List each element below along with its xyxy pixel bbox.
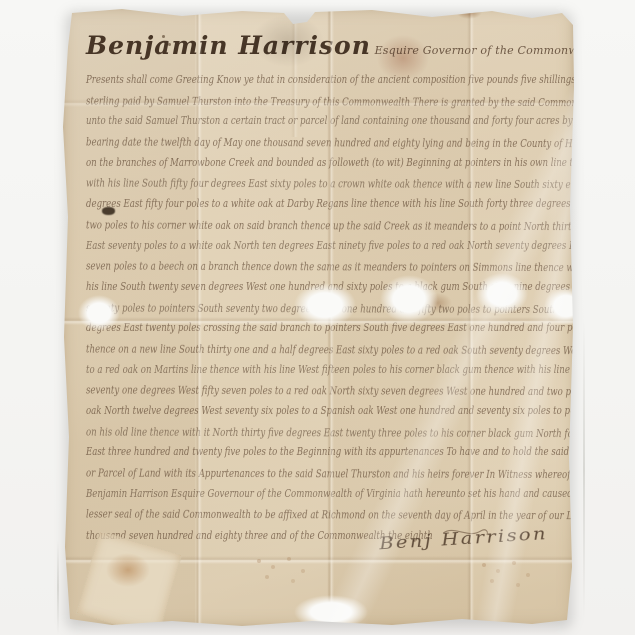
document-body: Presents shall come Greeting Know ye tha…: [86, 70, 560, 546]
text-line: lesser seal of the said Commonwealth to …: [86, 505, 456, 527]
text-line: thence on a new line South thirty one an…: [86, 339, 456, 361]
text-line: East seventy poles to a white oak North …: [86, 236, 456, 257]
text-line: oak North twelve degrees West seventy si…: [86, 401, 456, 422]
headline-continuation: Esquire Governor of the Commonwealth of …: [371, 44, 635, 57]
text-line: seventy one degrees West fifty seven pol…: [86, 381, 456, 403]
text-line: seven poles to a beech on a branch thenc…: [86, 257, 456, 279]
text-line: or Parcel of Land with its Appurtenances…: [86, 464, 456, 486]
text-line: East three hundred and twenty five poles…: [86, 442, 456, 463]
text-line: on the branches of Marrowbone Creek and …: [86, 153, 456, 174]
grantor-name: Benjamin Harrison: [86, 31, 371, 60]
land-grant-document: Benjamin Harrison Esquire Governor of th…: [62, 7, 574, 627]
text-line: degrees East twenty poles crossing the s…: [86, 318, 456, 339]
text-line: seventy poles to pointers South seventy …: [86, 298, 456, 320]
text-line: degrees East fifty four poles to a white…: [86, 194, 456, 215]
sleeve-edge: [583, 320, 585, 620]
sleeve-edge: [57, 540, 59, 635]
text-line: his line South twenty seven degrees West…: [86, 277, 456, 298]
dark-speck: [168, 43, 171, 46]
text-line: sterling paid by Samuel Thurston into th…: [86, 91, 456, 113]
text-line: with his line South fifty four degrees E…: [86, 174, 456, 196]
dark-speck: [162, 35, 165, 38]
text-line: Benjamin Harrison Esquire Governour of t…: [86, 484, 456, 505]
foxing-spots: [482, 563, 486, 567]
text-line: two poles to his corner white oak on sai…: [86, 215, 456, 237]
seal-wax-stain: [106, 553, 150, 587]
text-line: unto the said Samuel Thurston a certain …: [86, 111, 456, 132]
text-line: bearing date the twelfth day of May one …: [86, 133, 456, 155]
foxing-spots: [257, 559, 261, 563]
seal-remnant: [72, 547, 190, 623]
photograph-background: Benjamin Harrison Esquire Governor of th…: [0, 0, 635, 635]
text-line: on his old line thence with it North thi…: [86, 422, 456, 444]
document-headline: Benjamin Harrison Esquire Governor of th…: [86, 31, 560, 67]
text-line: to a red oak on Martins line thence with…: [86, 360, 456, 381]
text-line: Presents shall come Greeting Know ye tha…: [86, 70, 456, 91]
